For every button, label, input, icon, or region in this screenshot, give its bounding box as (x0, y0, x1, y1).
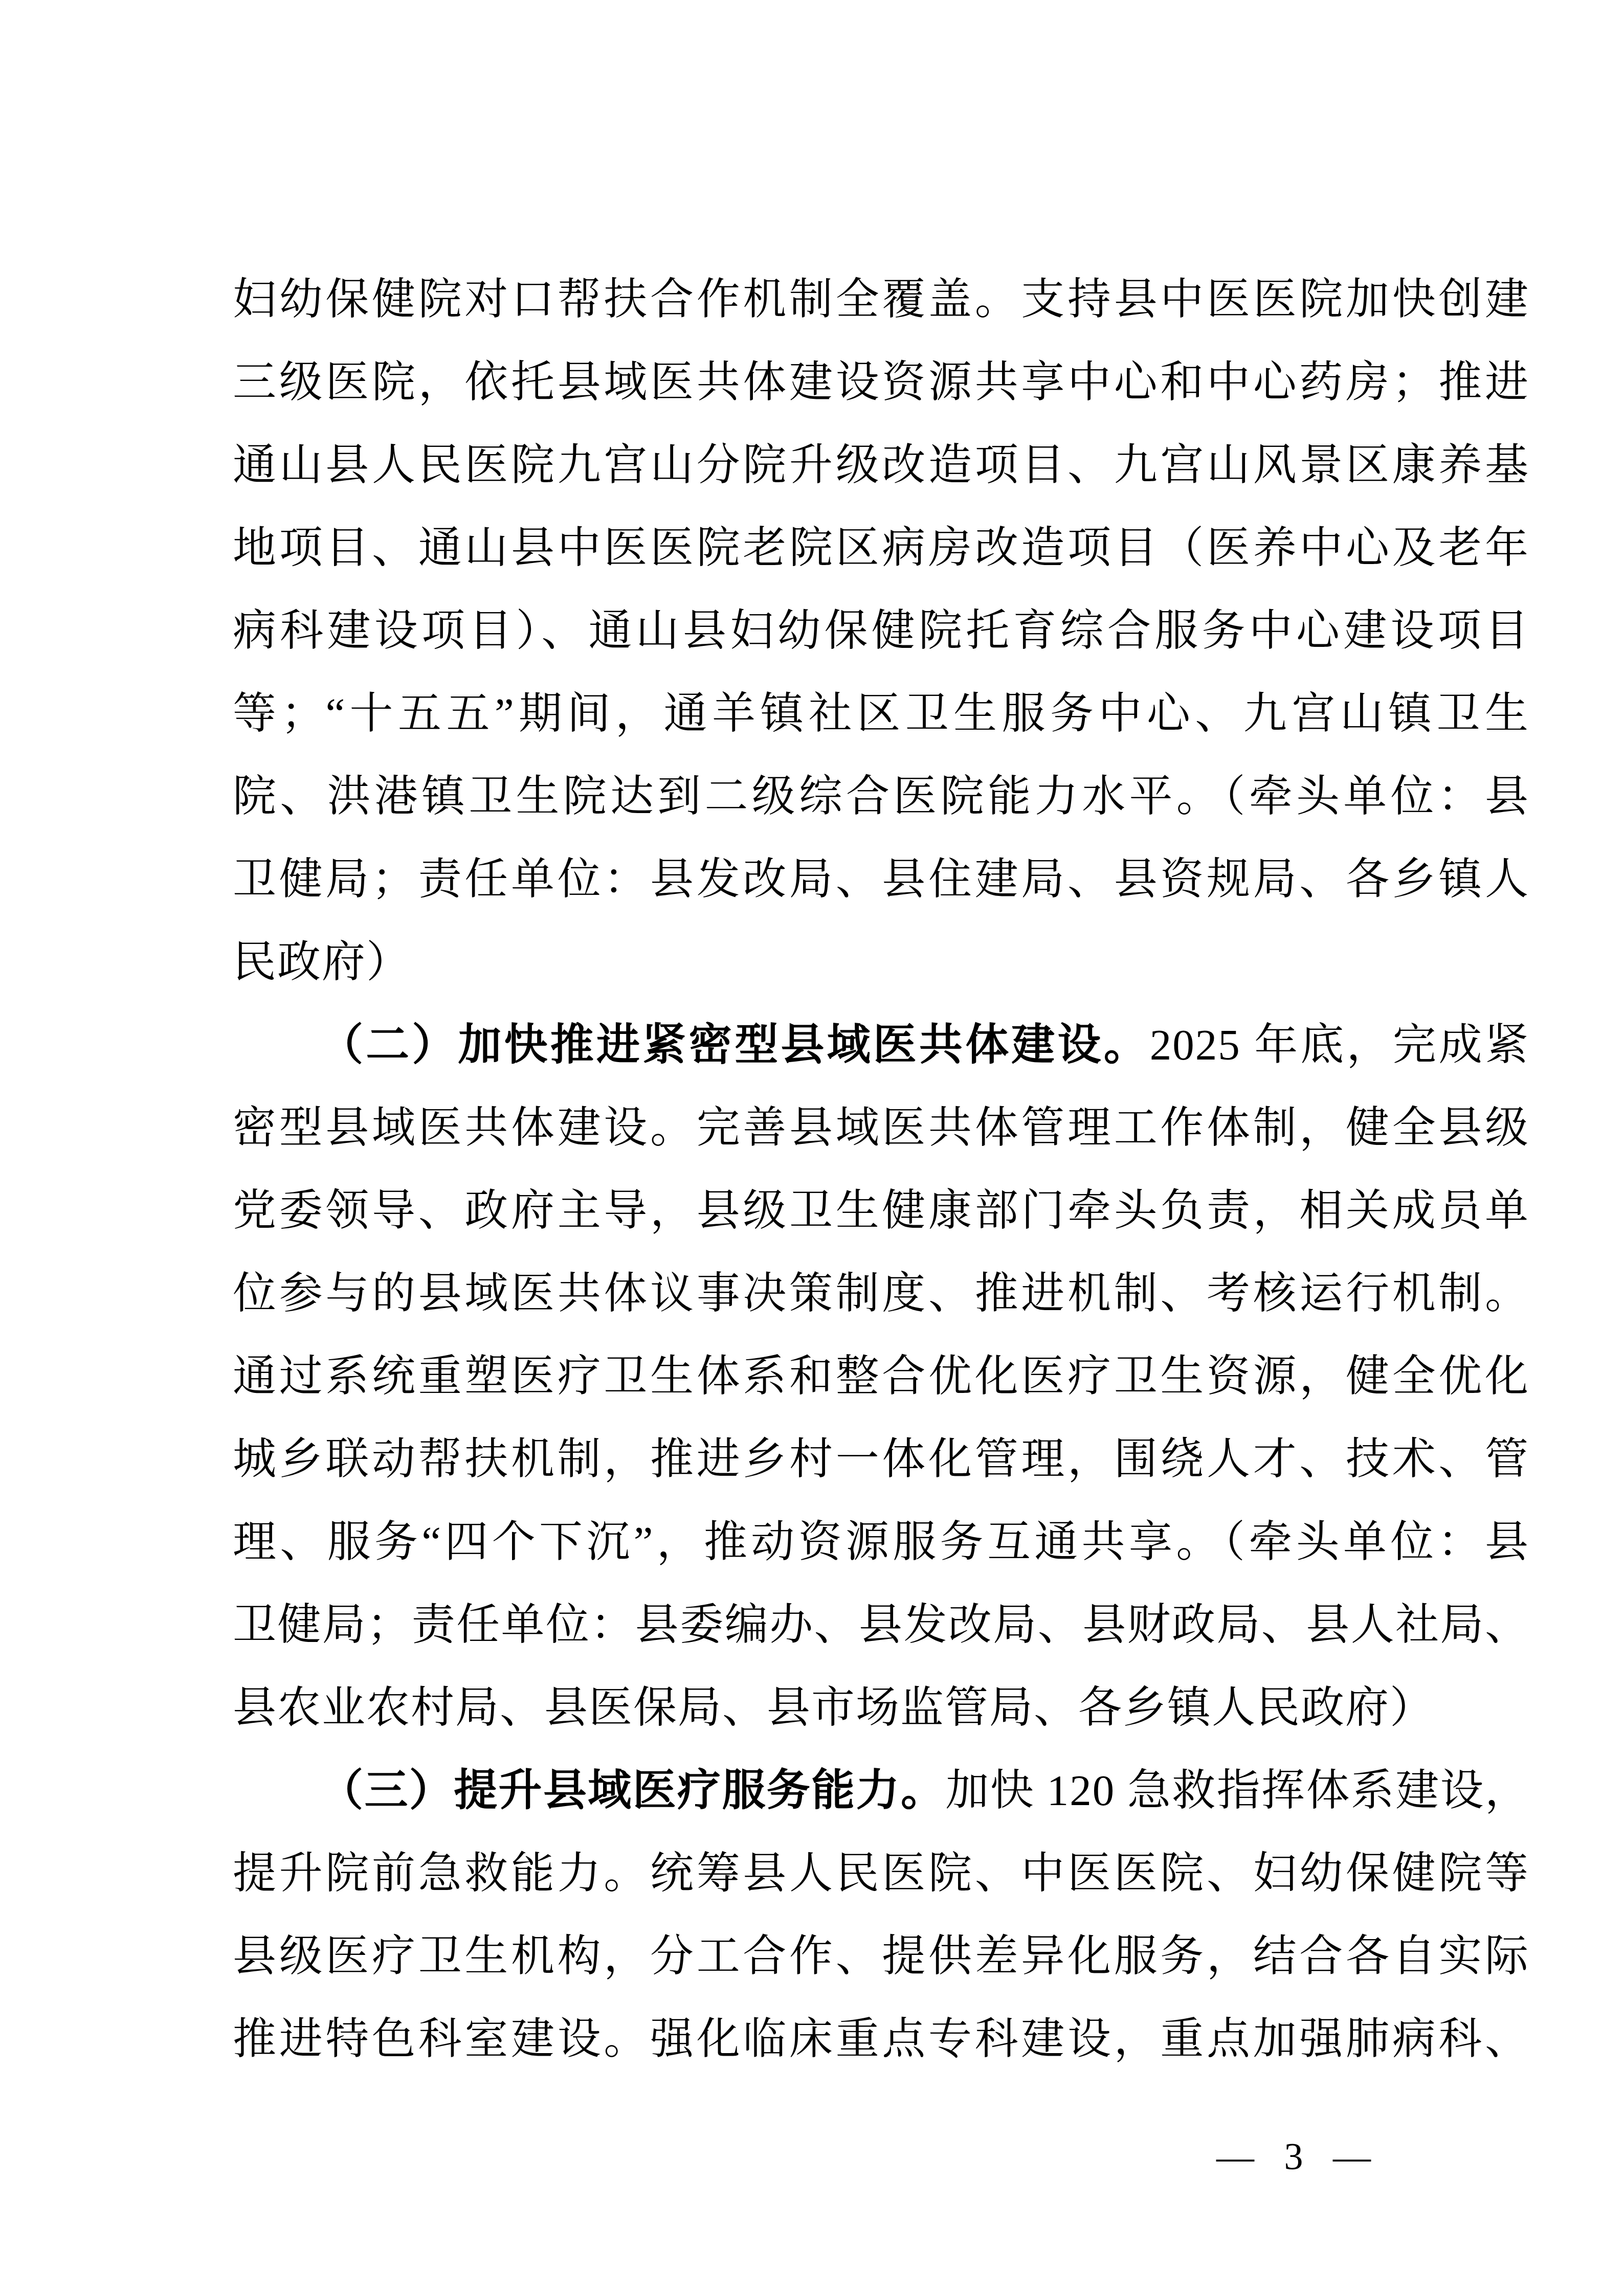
text-line: 妇幼保健院对口帮扶合作机制全覆盖。支持县中医医院加快创建 (233, 258, 1529, 341)
text-segment: 提升院前急救能力。统筹县人民医院、中医医院、妇幼保健院等 (233, 1850, 1529, 1898)
text-line: 密型县域医共体建设。完善县域医共体管理工作体制，健全县级 (233, 1087, 1529, 1169)
text-segment: 三级医院，依托县域医共体建设资源共享中心和中心药房；推进 (233, 358, 1529, 407)
text-segment-bold: （三）提升县域医疗服务能力。 (320, 1767, 945, 1815)
text-line: 三级医院，依托县域医共体建设资源共享中心和中心药房；推进 (233, 341, 1529, 424)
text-line: 通过系统重塑医疗卫生体系和整合优化医疗卫生资源，健全优化 (233, 1335, 1529, 1418)
text-segment: 妇幼保健院对口帮扶合作机制全覆盖。支持县中医医院加快创建 (233, 276, 1529, 324)
text-segment: 位参与的县域医共体议事决策制度、推进机制、考核运行机制。 (233, 1270, 1529, 1318)
page-number: — 3 — (1216, 2136, 1381, 2178)
text-segment: 等；“十五五”期间，通羊镇社区卫生服务中心、九宫山镇卫生 (233, 690, 1529, 738)
text-line: 推进特色科室建设。强化临床重点专科建设，重点加强肺病科、 (233, 1998, 1529, 2081)
text-line: 病科建设项目）、通山县妇幼保健院托育综合服务中心建设项目 (233, 590, 1529, 672)
text-line: 民政府） (233, 921, 1529, 1004)
text-segment: 理、服务“四个下沉”，推动资源服务互通共享。（牵头单位：县 (233, 1518, 1529, 1566)
text-segment: 院、洪港镇卫生院达到二级综合医院能力水平。（牵头单位：县 (233, 773, 1529, 821)
text-line: （二）加快推进紧密型县域医共体建设。2025 年底，完成紧 (233, 1004, 1529, 1087)
text-segment: 推进特色科室建设。强化临床重点专科建设，重点加强肺病科、 (233, 2015, 1529, 2063)
document-page: 妇幼保健院对口帮扶合作机制全覆盖。支持县中医医院加快创建三级医院，依托县域医共体… (0, 0, 1624, 2296)
text-segment: 地项目、通山县中医医院老院区病房改造项目（医养中心及老年 (233, 524, 1529, 572)
text-segment: 县级医疗卫生机构，分工合作、提供差异化服务，结合各自实际 (233, 1932, 1529, 1980)
text-line: 提升院前急救能力。统筹县人民医院、中医医院、妇幼保健院等 (233, 1832, 1529, 1915)
text-line: （三）提升县域医疗服务能力。加快 120 急救指挥体系建设， (233, 1749, 1529, 1832)
text-segment: 2025 年底，完成紧 (1150, 1021, 1529, 1069)
text-line: 理、服务“四个下沉”，推动资源服务互通共享。（牵头单位：县 (233, 1501, 1529, 1584)
text-segment: 通山县人民医院九宫山分院升级改造项目、九宫山风景区康养基 (233, 441, 1529, 489)
text-line: 通山县人民医院九宫山分院升级改造项目、九宫山风景区康养基 (233, 424, 1529, 507)
text-line: 位参与的县域医共体议事决策制度、推进机制、考核运行机制。 (233, 1252, 1529, 1335)
text-line: 院、洪港镇卫生院达到二级综合医院能力水平。（牵头单位：县 (233, 755, 1529, 838)
text-segment: 通过系统重塑医疗卫生体系和整合优化医疗卫生资源，健全优化 (233, 1353, 1529, 1401)
text-segment: 卫健局；责任单位：县发改局、县住建局、县资规局、各乡镇人 (233, 856, 1529, 904)
text-line: 县农业农村局、县医保局、县市场监管局、各乡镇人民政府） (233, 1667, 1529, 1749)
text-segment-bold: （二）加快推进紧密型县域医共体建设。 (320, 1021, 1150, 1069)
text-segment: 卫健局；责任单位：县委编办、县发改局、县财政局、县人社局、 (233, 1601, 1529, 1649)
text-segment: 县农业农村局、县医保局、县市场监管局、各乡镇人民政府） (233, 1684, 1434, 1732)
text-segment: 加快 120 急救指挥体系建设， (945, 1767, 1529, 1815)
page-footer: — 3 — (1216, 2131, 1381, 2182)
document-body: 妇幼保健院对口帮扶合作机制全覆盖。支持县中医医院加快创建三级医院，依托县域医共体… (233, 258, 1529, 2081)
text-line: 县级医疗卫生机构，分工合作、提供差异化服务，结合各自实际 (233, 1915, 1529, 1998)
text-line: 城乡联动帮扶机制，推进乡村一体化管理，围绕人才、技术、管 (233, 1418, 1529, 1501)
text-segment: 民政府） (233, 938, 411, 986)
text-line: 等；“十五五”期间，通羊镇社区卫生服务中心、九宫山镇卫生 (233, 672, 1529, 755)
text-segment: 密型县域医共体建设。完善县域医共体管理工作体制，健全县级 (233, 1104, 1529, 1152)
text-line: 党委领导、政府主导，县级卫生健康部门牵头负责，相关成员单 (233, 1169, 1529, 1252)
text-segment: 城乡联动帮扶机制，推进乡村一体化管理，围绕人才、技术、管 (233, 1435, 1529, 1483)
text-line: 地项目、通山县中医医院老院区病房改造项目（医养中心及老年 (233, 507, 1529, 590)
text-line: 卫健局；责任单位：县发改局、县住建局、县资规局、各乡镇人 (233, 838, 1529, 921)
text-segment: 党委领导、政府主导，县级卫生健康部门牵头负责，相关成员单 (233, 1187, 1529, 1235)
text-line: 卫健局；责任单位：县委编办、县发改局、县财政局、县人社局、 (233, 1584, 1529, 1667)
text-segment: 病科建设项目）、通山县妇幼保健院托育综合服务中心建设项目 (233, 607, 1529, 655)
